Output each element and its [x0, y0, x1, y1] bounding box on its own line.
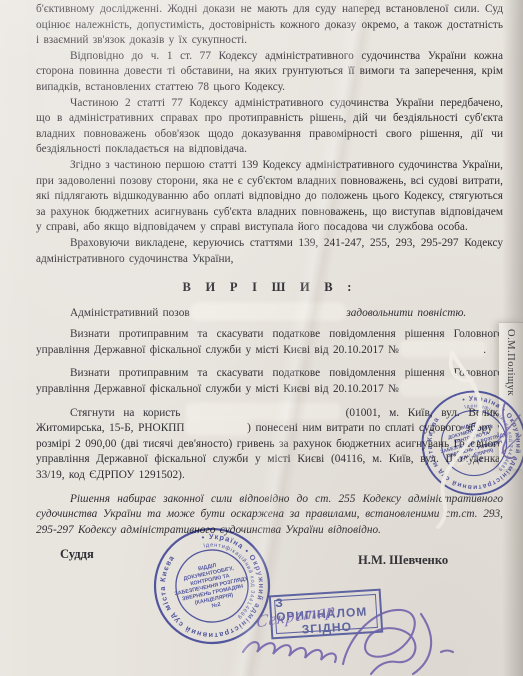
costs-prefix: Стягнути на користь: [70, 407, 180, 419]
ruling-heading: В И Р І Ш И В :: [36, 280, 503, 296]
seal-center-line: №2: [211, 602, 221, 610]
redaction-claimant-name-2: [189, 406, 337, 417]
claim-granted-suffix: задовольнити повністю.: [346, 307, 466, 319]
paragraph-annul-decision-1: Визнати протиправним та скасувати податк…: [36, 327, 503, 358]
paragraph-evidence-assessment: б'єктивному дослідженні. Жодні докази не…: [36, 2, 503, 49]
annul-decision-1-tail: .: [483, 344, 486, 356]
redaction-notice-number-1: [403, 343, 483, 354]
paragraph-art77-part1: Відповідно до ч. 1 ст. 77 Кодексу адміні…: [36, 49, 503, 96]
claim-granted-prefix: Адміністративний позов: [70, 307, 190, 319]
judge-name: Н.М. Шевченко: [358, 553, 448, 568]
paragraph-guided-by: Враховуючи викладене, керуючись статтями…: [36, 236, 503, 267]
court-decision-page: б'єктивному дослідженні. Жодні докази не…: [0, 0, 523, 676]
court-seal-bottom: • Україна • Окружний адміністративний су…: [127, 501, 298, 672]
redaction-tax-id: [189, 421, 247, 432]
judge-role-label: Суддя: [60, 547, 94, 562]
paragraph-claim-granted: Адміністративний позов задовольнити повн…: [36, 306, 503, 322]
paragraph-art77-part2: Частиною 2 статті 77 Кодексу адміністрат…: [36, 96, 503, 158]
redaction-claimant-name: [194, 306, 342, 317]
paragraph-art139: Згідно з частиною першою статті 139 Коде…: [36, 158, 503, 236]
